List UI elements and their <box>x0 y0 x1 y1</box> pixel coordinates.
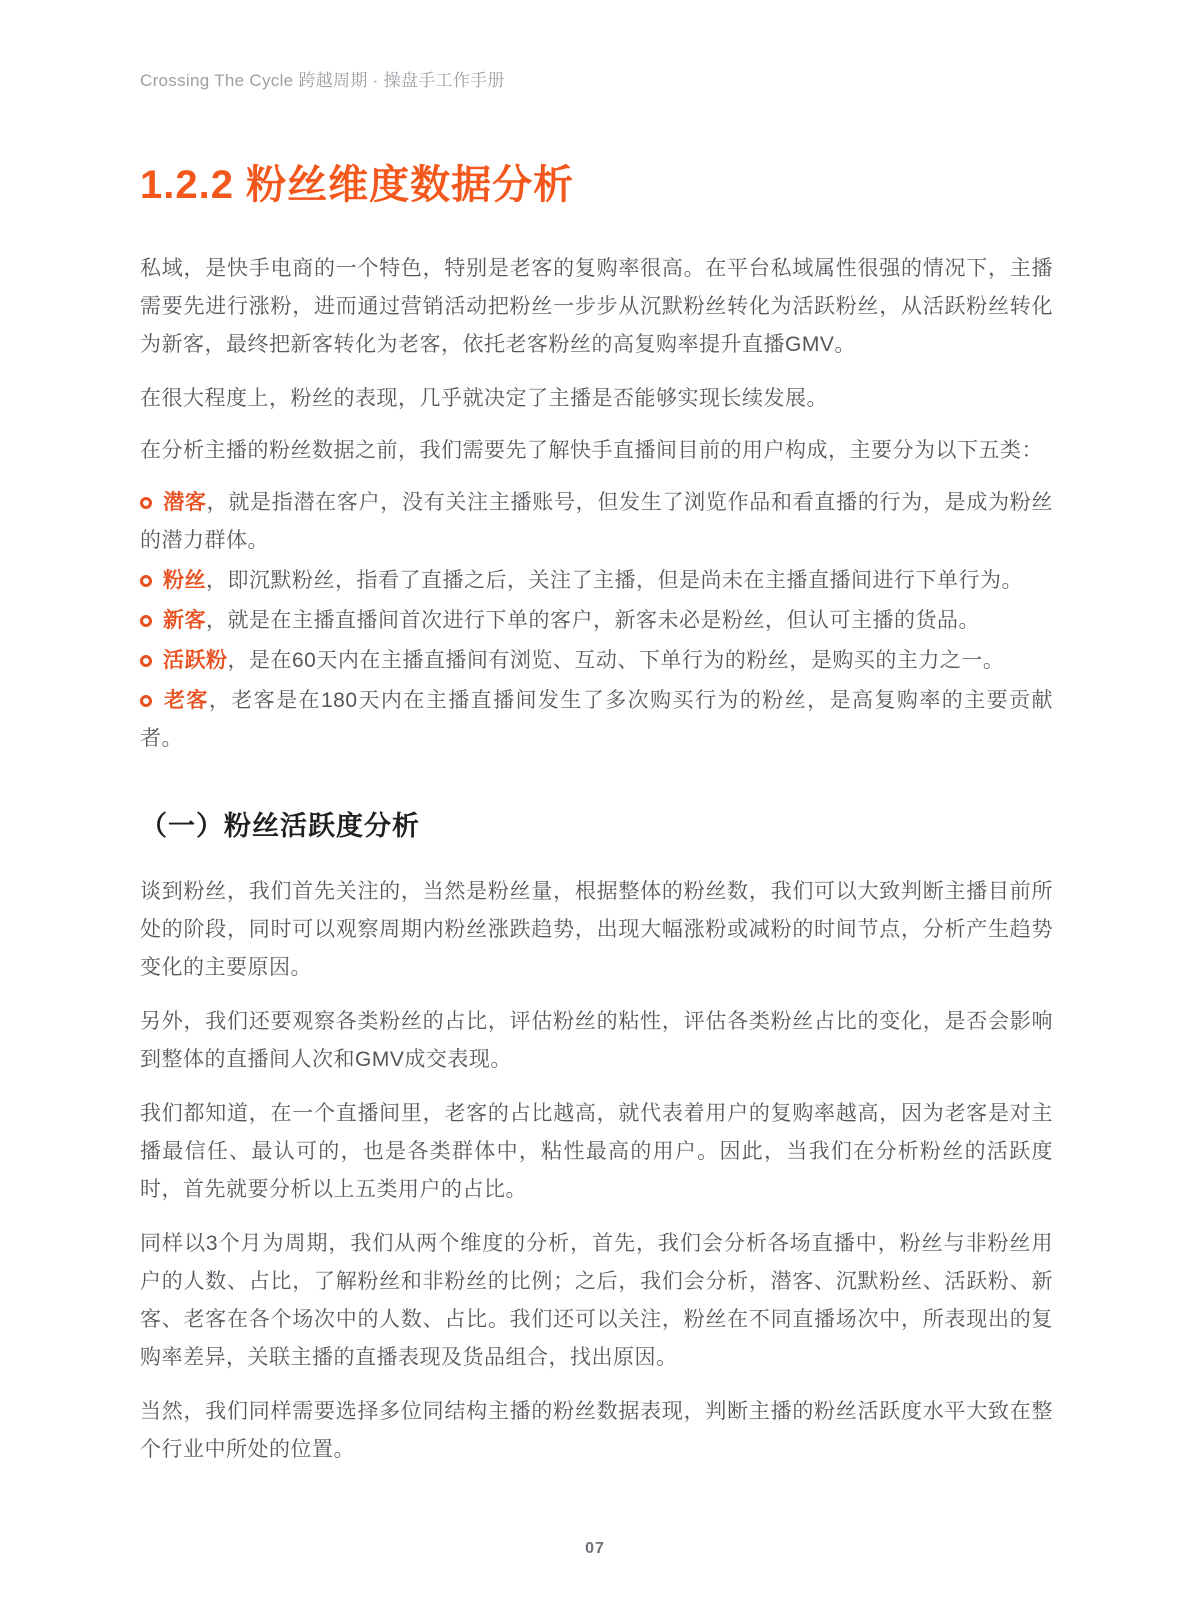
subsection-paragraph-2: 另外，我们还要观察各类粉丝的占比，评估粉丝的粘性，评估各类粉丝占比的变化，是否会… <box>140 1003 1053 1079</box>
subsection-body: 谈到粉丝，我们首先关注的，当然是粉丝量，根据整体的粉丝数，我们可以大致判断主播目… <box>140 873 1053 1469</box>
subsection-paragraph-5: 当然，我们同样需要选择多位同结构主播的粉丝数据表现，判断主播的粉丝活跃度水平大致… <box>140 1393 1053 1469</box>
bullet-ring-icon <box>140 655 152 667</box>
user-type-bullet-list: 潜客，就是指潜在客户，没有关注主播账号，但发生了浏览作品和看直播的行为，是成为粉… <box>140 484 1053 758</box>
bullet-item-fensi: 粉丝，即沉默粉丝，指看了直播之后，关注了主播，但是尚未在主播直播间进行下单行为。 <box>140 562 1053 600</box>
bullet-ring-icon <box>140 695 152 707</box>
subsection-title: （一）粉丝活跃度分析 <box>140 804 1053 843</box>
bullet-item-laoke: 老客，老客是在180天内在主播直播间发生了多次购买行为的粉丝，是高复购率的主要贡… <box>140 682 1053 758</box>
bullet-item-qianke: 潜客，就是指潜在客户，没有关注主播账号，但发生了浏览作品和看直播的行为，是成为粉… <box>140 484 1053 560</box>
page-title: 1.2.2 粉丝维度数据分析 <box>140 153 1053 210</box>
bullet-text: ，即沉默粉丝，指看了直播之后，关注了主播，但是尚未在主播直播间进行下单行为。 <box>206 569 1023 592</box>
intro-paragraph-3: 在分析主播的粉丝数据之前，我们需要先了解快手直播间目前的用户构成，主要分为以下五… <box>140 432 1053 470</box>
page-number: 07 <box>0 1540 1190 1558</box>
bullet-term: 新客 <box>163 609 206 632</box>
intro-paragraph-1: 私域，是快手电商的一个特色，特别是老客的复购率很高。在平台私域属性很强的情况下，… <box>140 250 1053 364</box>
bullet-ring-icon <box>140 615 152 627</box>
bullet-ring-icon <box>140 575 152 587</box>
bullet-term: 老客 <box>163 689 209 712</box>
bullet-term: 粉丝 <box>163 569 206 592</box>
bullet-text: ，老客是在180天内在主播直播间发生了多次购买行为的粉丝，是高复购率的主要贡献者… <box>140 689 1053 750</box>
bullet-text: ，就是在主播直播间首次进行下单的客户，新客未必是粉丝，但认可主播的货品。 <box>206 609 980 632</box>
subsection-paragraph-1: 谈到粉丝，我们首先关注的，当然是粉丝量，根据整体的粉丝数，我们可以大致判断主播目… <box>140 873 1053 987</box>
bullet-ring-icon <box>140 497 152 509</box>
subsection-paragraph-3: 我们都知道，在一个直播间里，老客的占比越高，就代表着用户的复购率越高，因为老客是… <box>140 1095 1053 1209</box>
subsection-paragraph-4: 同样以3个月为周期，我们从两个维度的分析，首先，我们会分析各场直播中，粉丝与非粉… <box>140 1225 1053 1377</box>
document-header: Crossing The Cycle 跨越周期 · 操盘手工作手册 <box>140 66 1053 91</box>
bullet-term: 潜客 <box>163 491 207 514</box>
intro-paragraph-2: 在很大程度上，粉丝的表现，几乎就决定了主播是否能够实现长续发展。 <box>140 380 1053 418</box>
document-page: Crossing The Cycle 跨越周期 · 操盘手工作手册 1.2.2 … <box>0 0 1190 1615</box>
bullet-item-xinke: 新客，就是在主播直播间首次进行下单的客户，新客未必是粉丝，但认可主播的货品。 <box>140 602 1053 640</box>
bullet-text: ，就是指潜在客户，没有关注主播账号，但发生了浏览作品和看直播的行为，是成为粉丝的… <box>140 491 1053 552</box>
bullet-item-huoyuefen: 活跃粉，是在60天内在主播直播间有浏览、互动、下单行为的粉丝，是购买的主力之一。 <box>140 642 1053 680</box>
intro-section: 私域，是快手电商的一个特色，特别是老客的复购率很高。在平台私域属性很强的情况下，… <box>140 250 1053 470</box>
bullet-term: 活跃粉 <box>163 649 228 672</box>
bullet-text: ，是在60天内在主播直播间有浏览、互动、下单行为的粉丝，是购买的主力之一。 <box>228 649 1005 672</box>
